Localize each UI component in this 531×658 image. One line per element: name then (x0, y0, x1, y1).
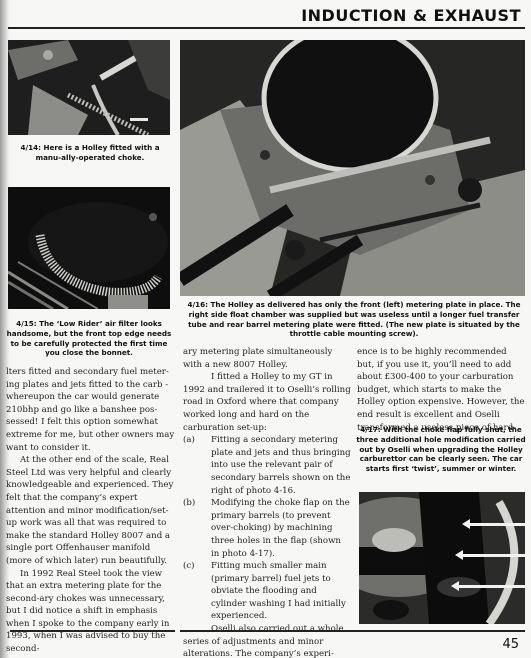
footer-rule (180, 630, 352, 632)
caption-4-14: 4/14: Here is a Holley fitted with a man… (14, 143, 166, 163)
paragraph: Oselli also carried out a whole series o… (183, 623, 351, 658)
list-item: (b) Modifying the choke flap on the prim… (183, 497, 351, 560)
caption-4-17: 4/17: With the choke flap fully shut, th… (356, 425, 526, 474)
list-item-label: (a) (183, 434, 211, 497)
paragraph: ence is to be highly recommended but, if… (357, 346, 525, 434)
photo-4-15 (8, 187, 170, 309)
footer-rule (10, 630, 175, 632)
list-item-label: (b) (183, 497, 211, 560)
body-column-2: ary metering plate simultaneously with a… (183, 346, 351, 658)
paragraph: I fitted a Holley to my GT in 1992 and t… (183, 371, 351, 434)
footer-rule (352, 630, 525, 632)
holley-carburettor-image (180, 40, 525, 296)
paragraph: At the other end of the scale, Real Stee… (6, 454, 176, 567)
photo-4-16 (180, 40, 525, 296)
list-item-text: Modifying the choke flap on the primary … (211, 497, 351, 560)
list-item-text: Fitting a secondary metering plate and j… (211, 434, 351, 497)
arrow-indicator (462, 554, 525, 557)
caption-4-15: 4/15: The ‘Low Rider’ air filter looks h… (6, 319, 172, 358)
page-number: 45 (502, 637, 519, 652)
arrow-indicator (469, 523, 525, 526)
list-item: (c) Fitting much smaller main (primary b… (183, 560, 351, 623)
air-filter-image (8, 187, 170, 309)
caption-4-16: 4/16: The Holley as delivered has only t… (184, 300, 524, 339)
list-item-text: Fitting much smaller main (primary barre… (211, 560, 351, 623)
section-title: INDUCTION & EXHAUST (301, 6, 521, 25)
paragraph: In 1992 Real Steel took the view that an… (6, 568, 176, 656)
arrow-indicator (458, 585, 525, 588)
body-column-3: ence is to be highly recommended but, if… (357, 346, 525, 434)
choke-flap-image (359, 492, 525, 624)
header-rule (8, 27, 525, 29)
list-item: (a) Fitting a secondary metering plate a… (183, 434, 351, 497)
paragraph: lters fitted and secondary fuel meter-in… (6, 366, 176, 454)
paragraph: ary metering plate simultaneously with a… (183, 346, 351, 371)
photo-4-14 (8, 40, 170, 135)
carburettor-linkage-image (8, 40, 170, 135)
body-column-1: lters fitted and secondary fuel meter-in… (6, 366, 176, 656)
photo-4-17 (359, 492, 525, 624)
list-item-label: (c) (183, 560, 211, 623)
